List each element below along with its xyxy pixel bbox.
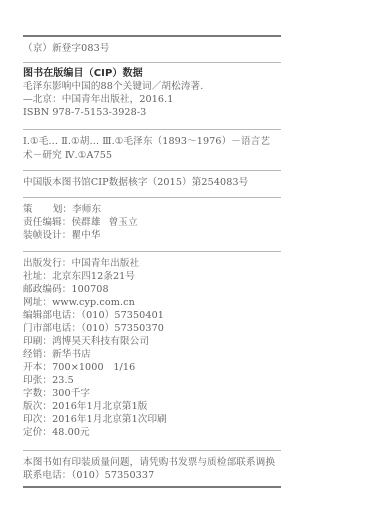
pub-label: 印刷：	[23, 336, 52, 347]
pub-row-printing: 印次：2016年1月北京第1次印刷	[23, 414, 167, 426]
pub-value: 2016年1月北京第1版	[52, 401, 147, 412]
pub-label: 社址：	[23, 271, 52, 282]
divider-rule	[23, 450, 281, 451]
divider-rule	[23, 129, 281, 130]
pub-label: 印次：	[23, 414, 52, 425]
pub-label: 开本：	[23, 362, 52, 373]
pub-row-price: 定价：48.00元	[23, 427, 90, 439]
pub-row-printer: 印刷：鸿博昊天科技有限公司	[23, 336, 149, 348]
cip-verification-number: 中国版本图书馆CIP数据核字（2015）第254083号	[23, 177, 248, 189]
pub-row-address: 社址：北京东四12条21号	[23, 271, 135, 283]
quality-contact-phone: 联系电话：（010）57350337	[23, 470, 154, 482]
pub-row-website: 网址：www.cyp.com.cn	[23, 297, 135, 309]
pub-label: 出版发行：	[23, 258, 71, 269]
pub-label: 印张：	[23, 375, 52, 386]
pub-value: （010）57350401	[81, 310, 164, 321]
editor-label: 责任编辑：	[23, 217, 71, 228]
registration-number: （京）新登字083号	[23, 43, 109, 55]
pub-label: 编辑部电话：	[23, 310, 81, 321]
planner-label-a: 策	[23, 204, 33, 215]
pub-row-edition: 版次：2016年1月北京第1版	[23, 401, 147, 413]
planner-label-b: 划：	[53, 204, 72, 215]
cip-classification-line-2: 术－研究 Ⅳ.①A755	[23, 150, 112, 162]
pub-label: 邮政编码：	[23, 284, 71, 295]
cip-title: 图书在版编目（CIP）数据	[23, 68, 143, 80]
pub-label: 版次：	[23, 401, 52, 412]
pub-label: 门市部电话：	[23, 323, 81, 334]
pub-value: www.cyp.com.cn	[52, 297, 135, 308]
planner-name: 李师东	[72, 204, 101, 215]
pub-label: 网址：	[23, 297, 52, 308]
pub-row-postcode: 邮政编码：100708	[23, 284, 109, 296]
pub-row-editorial-phone: 编辑部电话：（010）57350401	[23, 310, 164, 322]
pub-row-format: 开本：700×1000 1/16	[23, 362, 135, 374]
cip-book-line: 毛泽东影响中国的88个关键词／胡松涛著.	[23, 81, 203, 93]
top-thick-rule	[23, 35, 281, 37]
cip-classification-line-1: Ⅰ.①毛… Ⅱ.①胡… Ⅲ.①毛泽东（1893～1976）－语言艺	[23, 136, 270, 148]
pub-row-retail-phone: 门市部电话：（010）57350370	[23, 323, 164, 335]
pub-row-distributor: 经销：新华书店	[23, 349, 91, 361]
credit-planner: 策划：李师东	[23, 204, 101, 216]
pub-row-sheets: 印张：23.5	[23, 375, 74, 387]
pub-label: 定价：	[23, 427, 52, 438]
cip-publisher-line: —北京：中国青年出版社，2016.1	[23, 94, 174, 106]
pub-value: 新华书店	[52, 349, 91, 360]
pub-label: 字数：	[23, 388, 52, 399]
credit-editor: 责任编辑：侯群雄曾玉立	[23, 217, 138, 229]
pub-value: 48.00元	[52, 427, 90, 438]
cip-isbn: ISBN 978-7-5153-3928-3	[23, 107, 146, 119]
pub-value: 700×1000 1/16	[52, 362, 135, 373]
editor-name-1: 侯群雄	[71, 217, 100, 228]
pub-value: 300千字	[52, 388, 90, 399]
pub-value: 鸿博昊天科技有限公司	[52, 336, 149, 347]
pub-value: （010）57350370	[81, 323, 164, 334]
pub-row-publisher: 出版发行：中国青年出版社	[23, 258, 139, 270]
bottom-thick-rule	[23, 486, 281, 488]
designer-name: 瞿中华	[71, 230, 100, 241]
pub-value: 2016年1月北京第1次印刷	[52, 414, 167, 425]
credit-designer: 装帧设计：瞿中华	[23, 230, 101, 242]
pub-value: 中国青年出版社	[71, 258, 139, 269]
editor-name-2: 曾玉立	[109, 217, 138, 228]
pub-value: 北京东四12条21号	[52, 271, 135, 282]
pub-value: 100708	[71, 284, 108, 295]
pub-row-word-count: 字数：300千字	[23, 388, 90, 400]
divider-rule	[23, 197, 281, 198]
divider-rule	[23, 62, 281, 63]
pub-label: 经销：	[23, 349, 52, 360]
divider-rule	[23, 251, 281, 252]
quality-notice: 本图书如有印装质量问题，请凭购书发票与质检部联系调换	[23, 457, 275, 469]
divider-rule	[23, 170, 281, 171]
designer-label: 装帧设计：	[23, 230, 71, 241]
pub-value: 23.5	[52, 375, 74, 386]
